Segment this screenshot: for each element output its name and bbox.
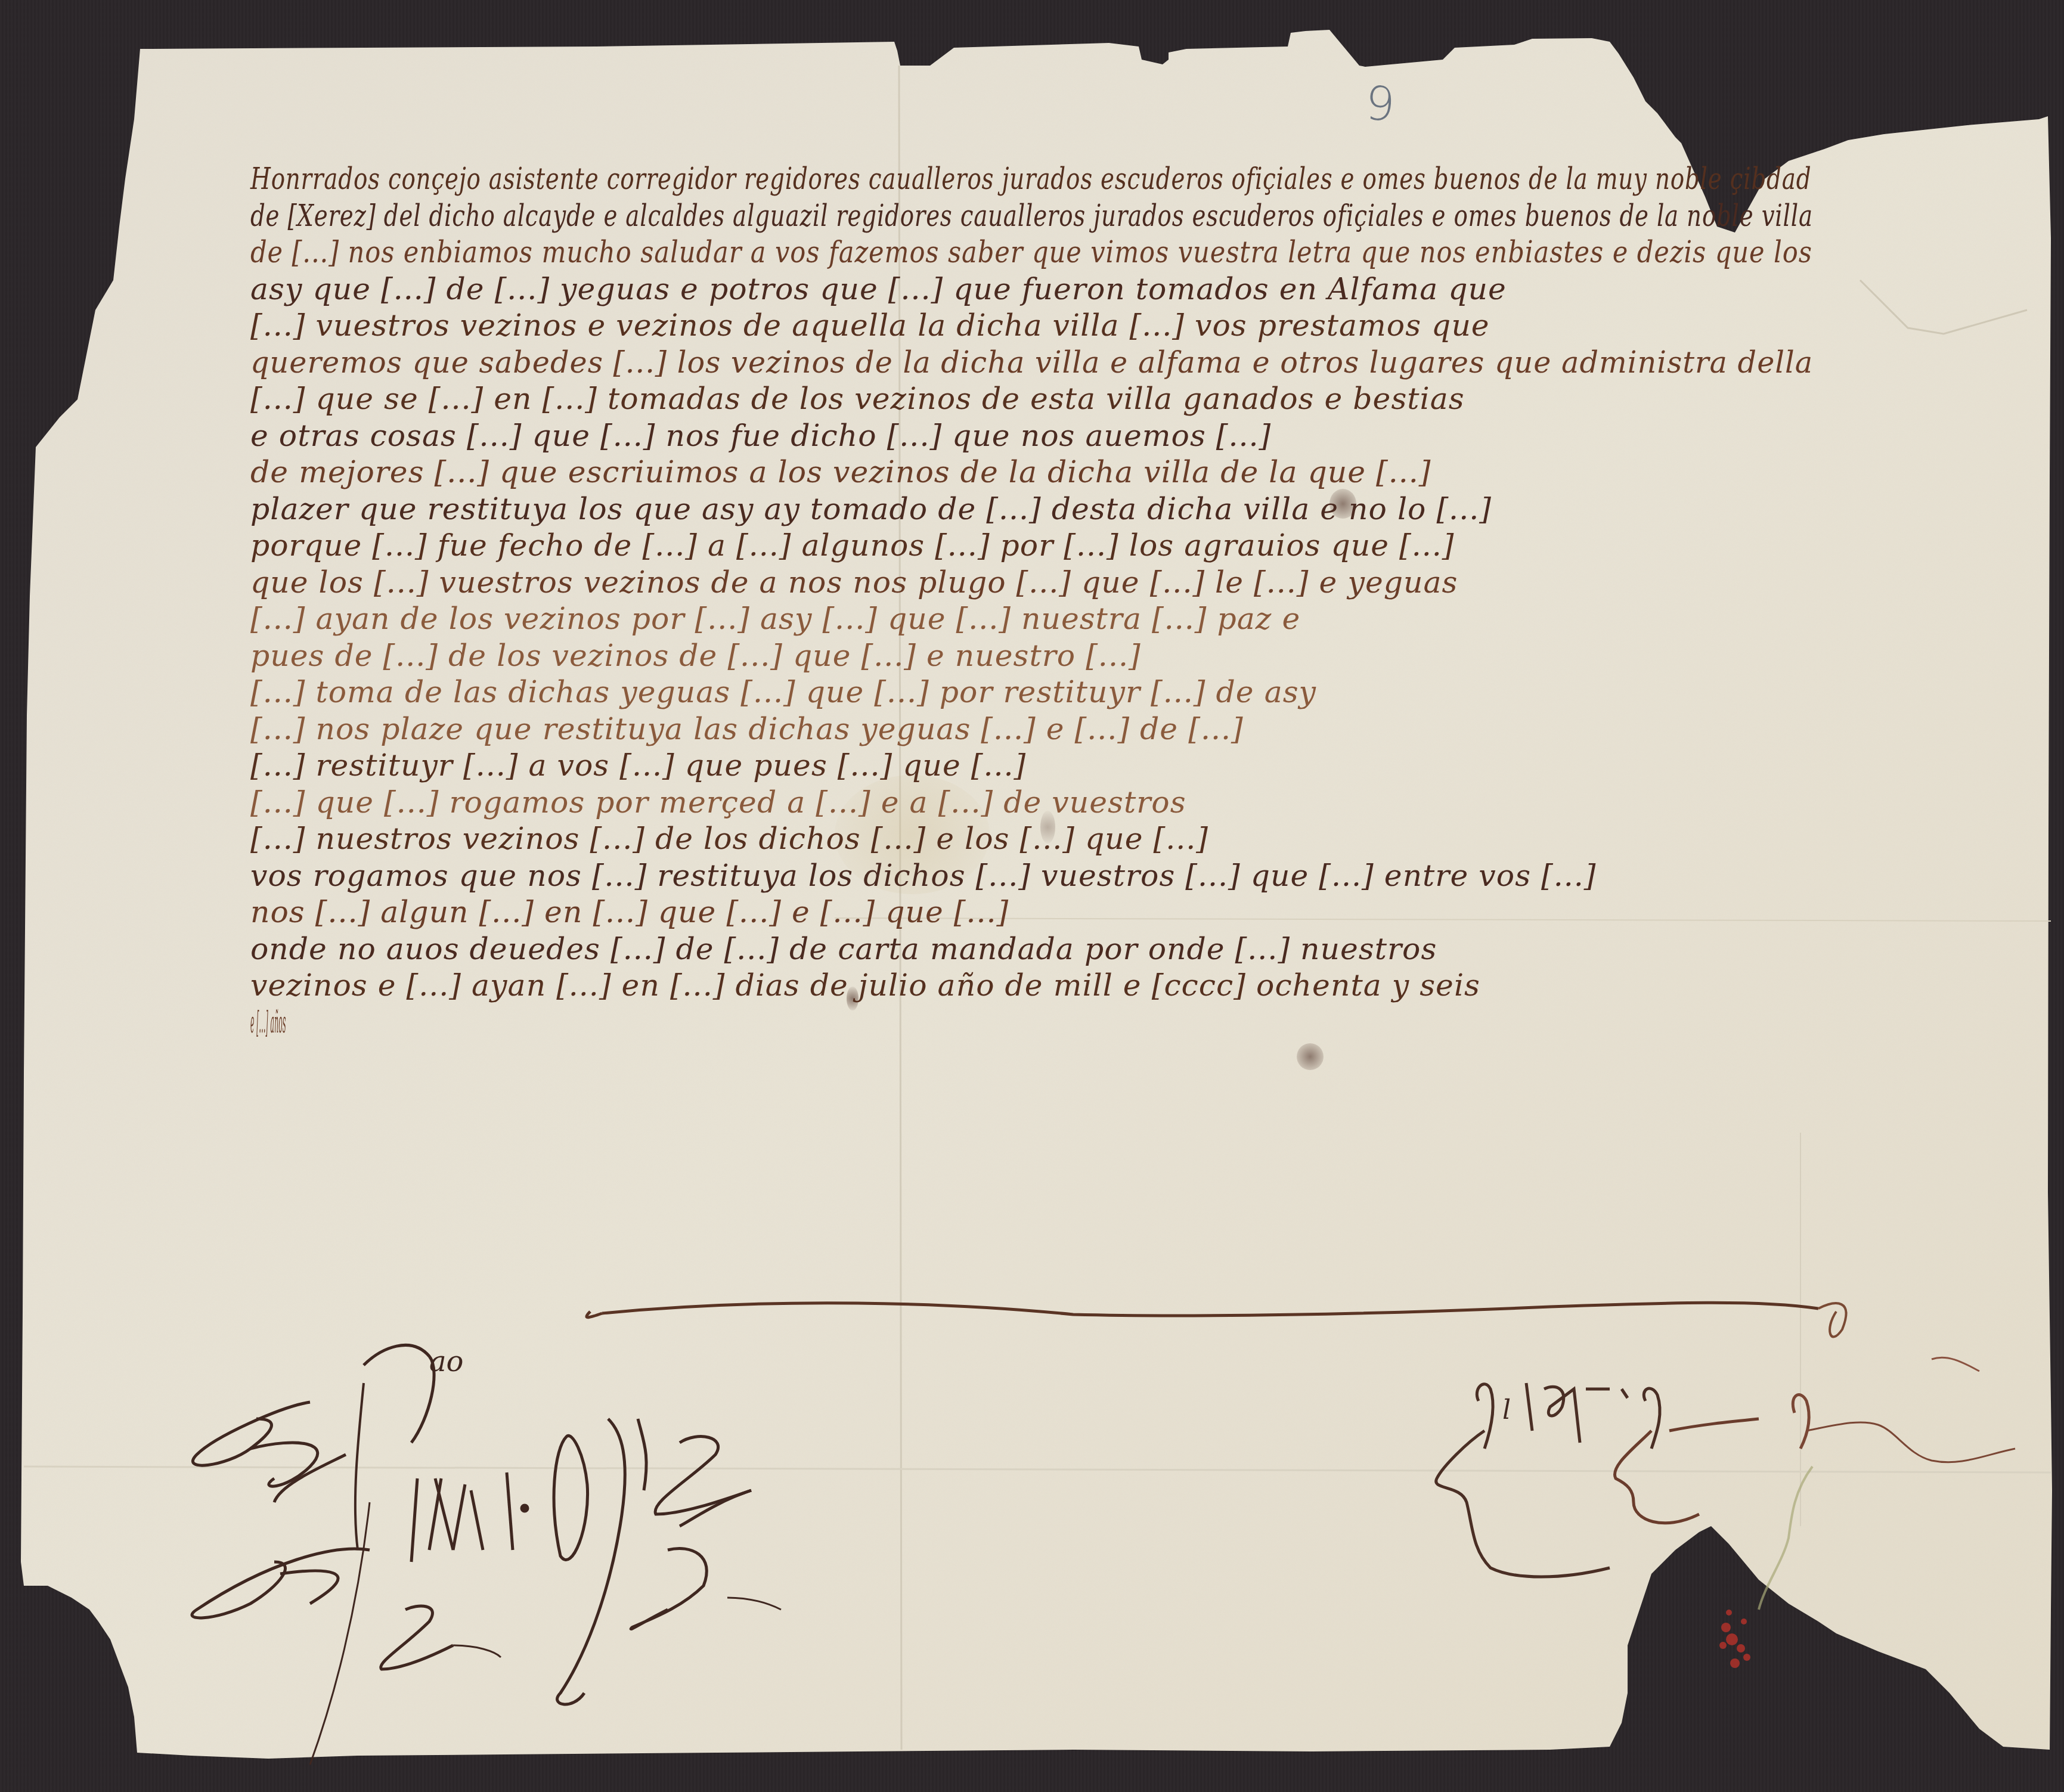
manuscript-line: [...] restituyr [...] a vos [...] que pu… <box>250 748 1813 785</box>
manuscript-line: que los [...] vuestros vezinos de a nos … <box>250 565 1813 602</box>
manuscript-line: vos rogamos que nos [...] restituya los … <box>250 858 1813 895</box>
manuscript-line: queremos que sabedes [...] los vezinos d… <box>250 345 1779 382</box>
manuscript-line: pues de [...] de los vezinos de [...] qu… <box>250 638 1813 675</box>
manuscript-line: nos [...] algun [...] en [...] que [...]… <box>250 894 1813 931</box>
letter-body: Honrrados conçejo asistente corregidor r… <box>250 161 1800 1041</box>
ink-blot <box>1297 1043 1324 1070</box>
manuscript-line: [...] nos plaze que restituya las dichas… <box>250 711 1813 748</box>
manuscript-line: [...] ayan de los vezinos por [...] asy … <box>250 601 1813 638</box>
wax-seal-remnant <box>1719 1610 1750 1668</box>
manuscript-line: de mejores [...] que escriuimos a los ve… <box>250 454 1813 491</box>
manuscript-line: onde no auos deuedes [...] de [...] de c… <box>250 931 1813 968</box>
manuscript-line: e otras cosas [...] que [...] nos fue di… <box>250 418 1813 455</box>
manuscript-line: [...] vuestros vezinos e vezinos de aque… <box>250 308 1813 345</box>
manuscript-line: [...] nuestros vezinos [...] de los dich… <box>250 821 1813 858</box>
manuscript-line: porque [...] fue fecho de [...] a [...] … <box>250 528 1813 565</box>
manuscript-line: Honrrados conçejo asistente corregidor r… <box>250 161 1455 198</box>
king-signature-superscript: ao <box>429 1345 464 1378</box>
manuscript-line: [...] toma de las dichas yeguas [...] qu… <box>250 674 1813 711</box>
secretary-signature-abbrev: l <box>1502 1395 1511 1425</box>
manuscript-line: de [...] nos enbiamos mucho saludar a vo… <box>250 234 1591 271</box>
manuscript-line: asy que [...] de [...] yeguas e potros q… <box>250 271 1813 308</box>
manuscript-line: [...] que [...] rogamos por merçed a [..… <box>250 785 1813 821</box>
manuscript-line: [...] que se [...] en [...] tomadas de l… <box>250 381 1813 418</box>
manuscript-line: plazer que restituya los que asy ay toma… <box>250 491 1813 528</box>
manuscript-line: de [Xerez] del dicho alcayde e alcaldes … <box>250 198 1454 235</box>
folio-number: 9 <box>1363 76 1397 132</box>
manuscript-line: vezinos e [...] ayan [...] en [...] dias… <box>250 968 1813 1004</box>
manuscript-line: e [...] años <box>250 1004 584 1041</box>
